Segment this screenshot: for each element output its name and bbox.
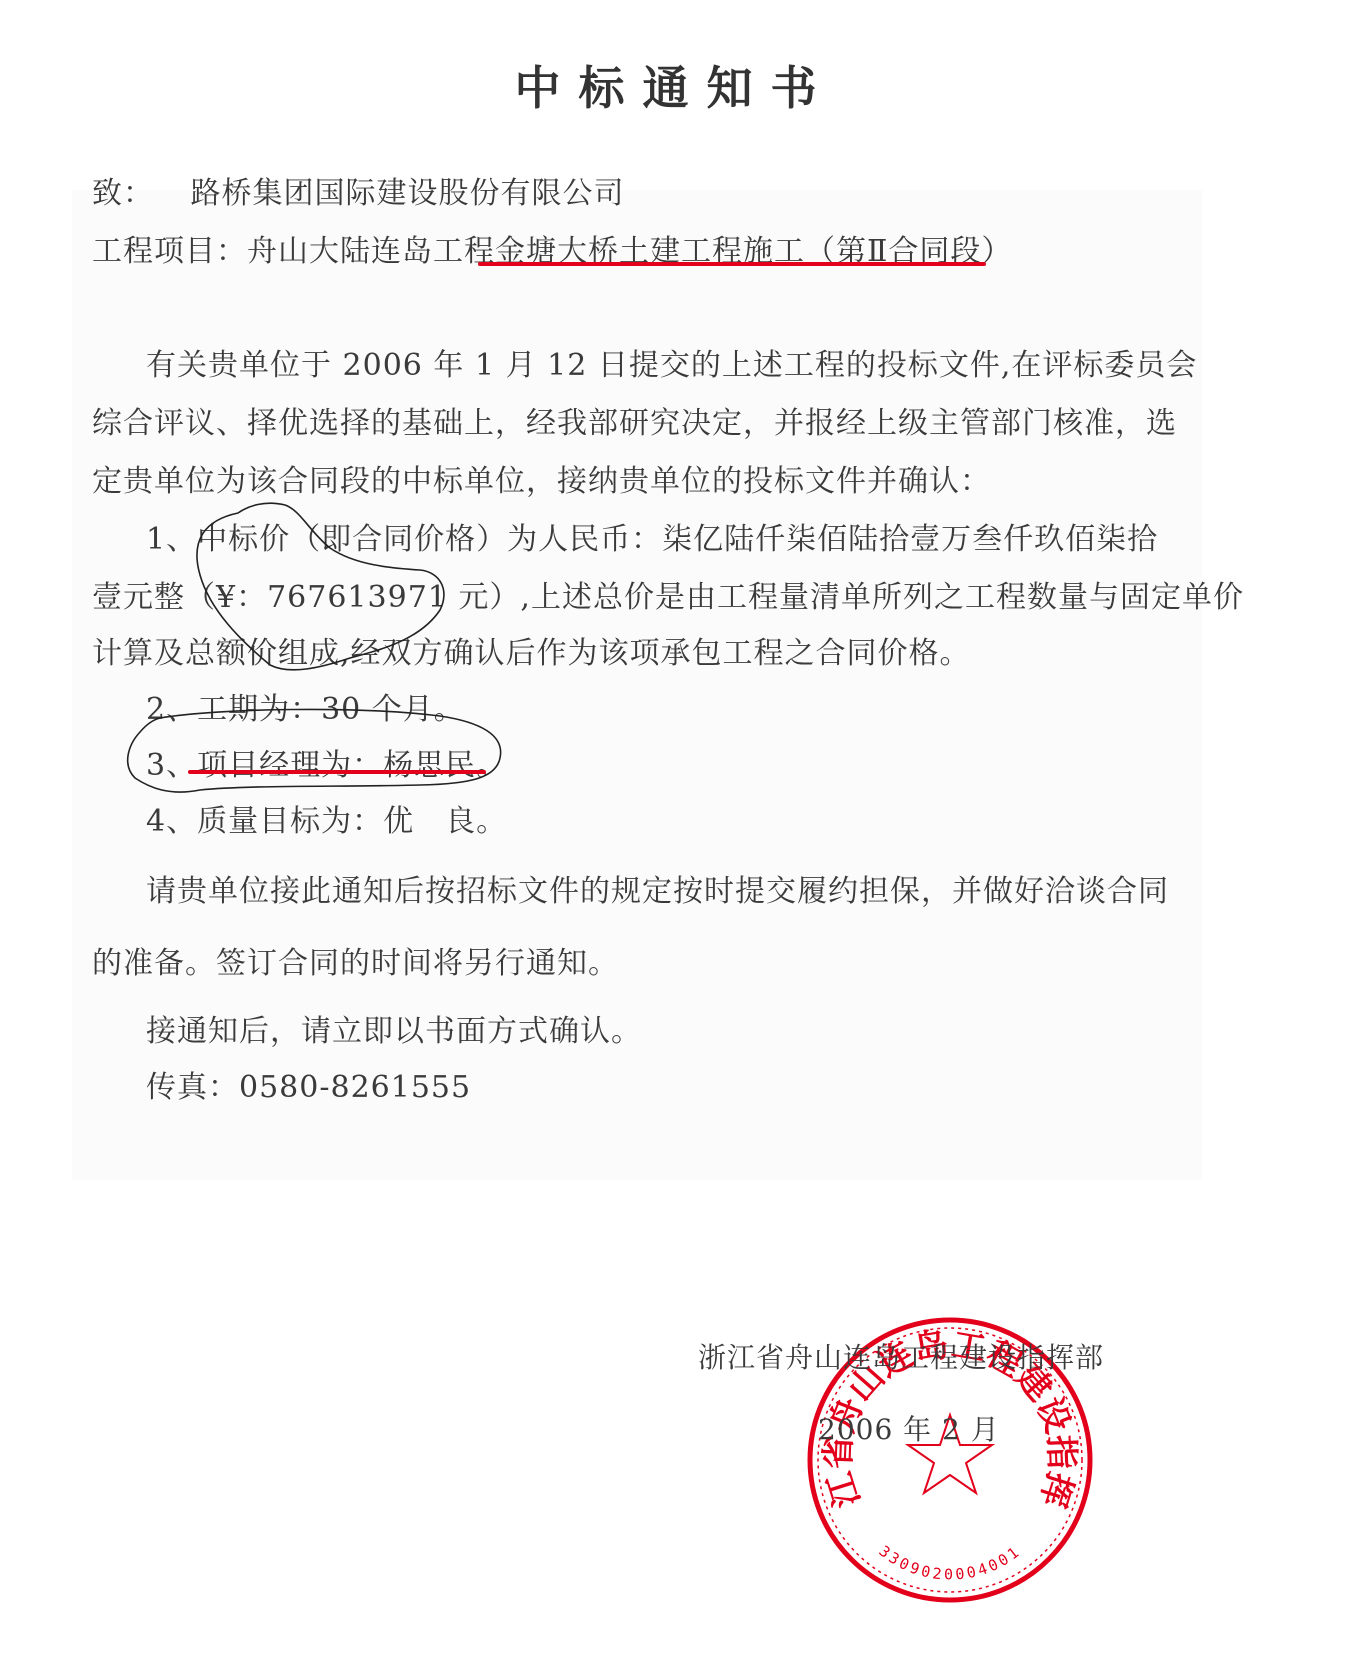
paragraph2-line2: 的准备。签订合同的时间将另行通知。 <box>92 938 619 982</box>
project-red-underline <box>478 262 986 266</box>
project-label: 工程项目： <box>92 234 247 269</box>
addressee-name: 路桥集团国际建设股份有限公司 <box>191 176 625 211</box>
paragraph1-line2: 综合评议、择优选择的基础上，经我部研究决定，并报经上级主管部门核准，选 <box>92 398 1177 442</box>
item1-line1: 1、中标价（即合同价格）为人民币：柒亿陆仟柒佰陆拾壹万叁仟玖佰柒拾 <box>146 514 1158 558</box>
item1-line3: 计算及总额价组成,经双方确认后作为该项承包工程之合同价格。 <box>92 628 971 672</box>
document-title: 中标通知书 <box>0 52 1349 118</box>
seal-serial: 3309020004001 <box>876 1542 1025 1584</box>
item1-line2: 壹元整（¥：767613971 元）,上述总价是由工程量清单所列之工程数量与固定… <box>92 572 1244 616</box>
item2-duration: 2、工期为：30 个月。 <box>146 684 465 728</box>
issuer-name: 浙江省舟山连岛工程建设指挥部 <box>698 1336 1104 1376</box>
paragraph1-line1: 有关贵单位于 2006 年 1 月 12 日提交的上述工程的投标文件,在评标委员… <box>146 340 1197 384</box>
paragraph1-line3: 定贵单位为该合同段的中标单位，接纳贵单位的投标文件并确认： <box>92 456 991 500</box>
fax-number: 传真：0580-8261555 <box>146 1062 471 1106</box>
svg-text:3309020004001: 3309020004001 <box>876 1542 1025 1584</box>
issue-date: 2006 年 2 月 <box>818 1408 1000 1448</box>
addressee-line: 致： 路桥集团国际建设股份有限公司 <box>92 168 625 212</box>
manager-red-underline <box>188 770 486 774</box>
confirm-instruction: 接通知后，请立即以书面方式确认。 <box>146 1006 642 1050</box>
item4-quality-target: 4、质量目标为：优 良。 <box>146 796 507 840</box>
item3-project-manager: 3、项目经理为：杨思民。 <box>146 740 507 784</box>
addressee-label: 致： <box>92 176 154 211</box>
paragraph2-line1: 请贵单位接此通知后按招标文件的规定按时提交履约担保，并做好洽谈合同 <box>146 866 1169 910</box>
